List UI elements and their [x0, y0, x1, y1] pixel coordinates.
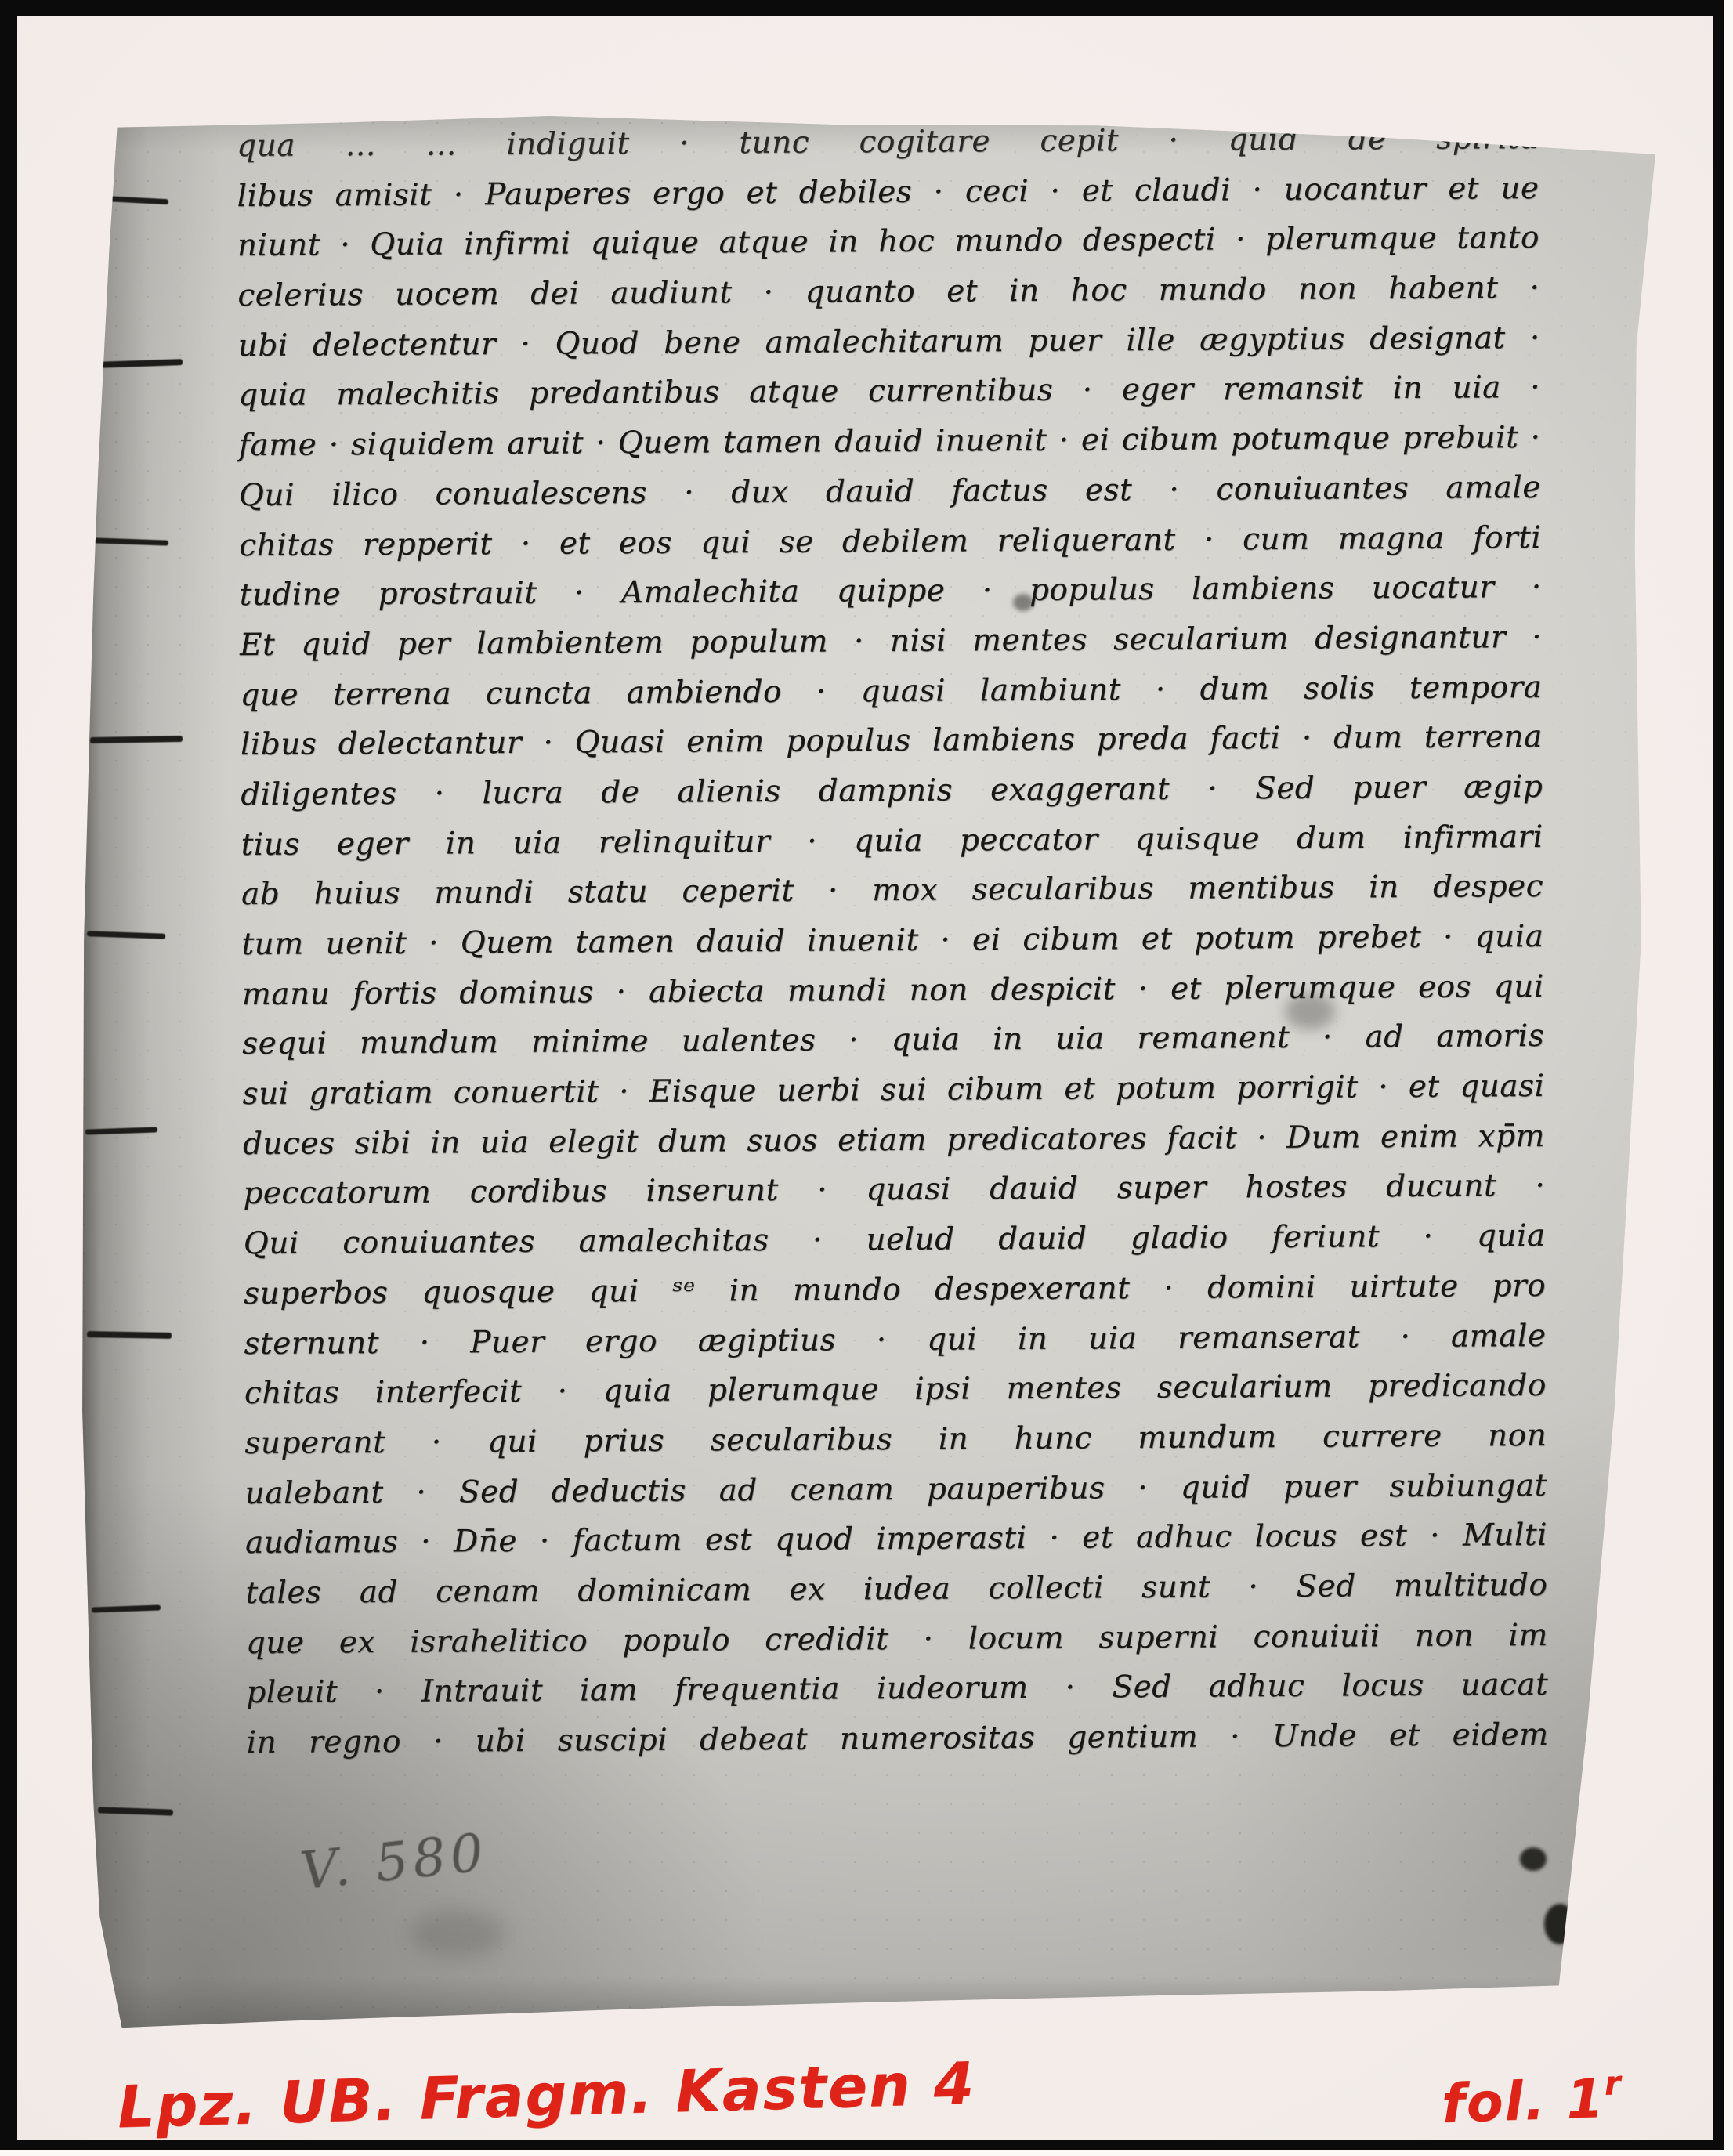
manuscript-line: qua … … indiguit · tunc cogitare cepit ·… — [237, 114, 1539, 172]
manuscript-line: superant · qui prius secularibus in hunc… — [244, 1411, 1547, 1469]
stitch-mark — [96, 359, 183, 368]
manuscript-line: tudine prostrauit · Amalechita quippe · … — [240, 563, 1542, 620]
manuscript-line: tales ad cenam dominicam ex iudea collec… — [245, 1561, 1547, 1619]
wormhole — [1520, 1847, 1547, 1871]
manuscript-line: que terrena cuncta ambiendo · quasi lamb… — [240, 662, 1542, 720]
manuscript-line: libus delectantur · Quasi enim populus l… — [241, 712, 1543, 770]
stitch-mark — [98, 1807, 173, 1815]
manuscript-line: chitas repperit · et eos qui se debilem … — [239, 512, 1541, 570]
manuscript-line: in regno · ubi suscipi debeat numerosita… — [246, 1710, 1548, 1768]
manuscript-line: sequi mundum minime ualentes · quia in u… — [242, 1011, 1544, 1069]
manuscript-line: diligentes · lucra de alienis dampnis ex… — [241, 762, 1543, 820]
stitch-mark — [87, 931, 165, 939]
folio-recto-superscript: r — [1604, 2064, 1623, 2103]
manuscript-line: niunt · Quia infirmi quique atque in hoc… — [237, 213, 1539, 271]
manuscript-page: qua … … indiguit · tunc cogitare cepit ·… — [74, 116, 1657, 2031]
stitch-mark — [92, 1604, 161, 1612]
manuscript-line: sternunt · Puer ergo ægiptius · qui in u… — [244, 1311, 1546, 1369]
manuscript-line: audiamus · Dn̄e · factum est quod impera… — [245, 1510, 1547, 1568]
stitch-mark — [101, 196, 168, 204]
manuscript-text-block: qua … … indiguit · tunc cogitare cepit ·… — [237, 114, 1549, 1768]
manuscript-line: tius eger in uia relinquitur · quia pecc… — [241, 812, 1543, 870]
manuscript-line: peccatorum cordibus inserunt · quasi dau… — [243, 1161, 1545, 1219]
manuscript-line: tum uenit · Quem tamen dauid inuenit · e… — [241, 912, 1543, 970]
manuscript-line: ualebant · Sed deductis ad cenam pauperi… — [245, 1460, 1547, 1518]
manuscript-line: pleuit · Intrauit iam frequentia iudeoru… — [246, 1660, 1548, 1718]
manuscript-line: sui gratiam conuertit · Eisque uerbi sui… — [242, 1062, 1544, 1120]
manuscript-line: ubi delectentur · Quod bene amalechitaru… — [238, 313, 1540, 371]
manuscript-line: celerius uocem dei audiunt · quanto et i… — [237, 263, 1539, 321]
manuscript-line: Qui conuiuantes amalechitas · uelud daui… — [244, 1211, 1546, 1269]
manuscript-line: superbos quosque qui ˢᵉ in mundo despexe… — [244, 1261, 1546, 1319]
stitch-mark — [85, 1127, 157, 1134]
manuscript-line: Qui ilico conualescens · dux dauid factu… — [239, 463, 1541, 521]
manuscript-line: Et quid per lambientem populum · nisi me… — [240, 613, 1542, 671]
stitch-mark — [87, 1331, 172, 1339]
photo-paper: qua … … indiguit · tunc cogitare cepit ·… — [17, 16, 1713, 2140]
manuscript-line: chitas interfecit · quia plerumque ipsi … — [244, 1361, 1547, 1419]
annotation-folio-number: fol. 1r — [1441, 2064, 1624, 2136]
stitch-mark — [93, 537, 168, 545]
stitch-mark — [90, 736, 183, 743]
manuscript-line: quia malechitis predantibus atque curren… — [238, 363, 1540, 421]
smudge — [411, 1910, 505, 1957]
pencil-shelfmark: V. 580 — [298, 1822, 491, 1902]
manuscript-line: libus amisit · Pauperes ergo et debiles … — [237, 164, 1539, 222]
manuscript-line: fame · siquidem aruit · Quem tamen dauid… — [238, 413, 1540, 471]
photograph-scan: qua … … indiguit · tunc cogitare cepit ·… — [0, 0, 1733, 2156]
edge-notch — [1544, 1904, 1576, 1944]
manuscript-line: ab huius mundi statu ceperit · mox secul… — [241, 862, 1543, 920]
manuscript-line: duces sibi in uia elegit dum suos etiam … — [243, 1112, 1545, 1170]
folio-label: fol. 1 — [1441, 2068, 1606, 2136]
manuscript-line: manu fortis dominus · abiecta mundi non … — [242, 962, 1544, 1020]
manuscript-line: que ex israhelitico populo credidit · lo… — [246, 1611, 1548, 1669]
annotation-shelfmark-red: Lpz. UB. Fragm. Kasten 4 — [117, 2050, 976, 2142]
